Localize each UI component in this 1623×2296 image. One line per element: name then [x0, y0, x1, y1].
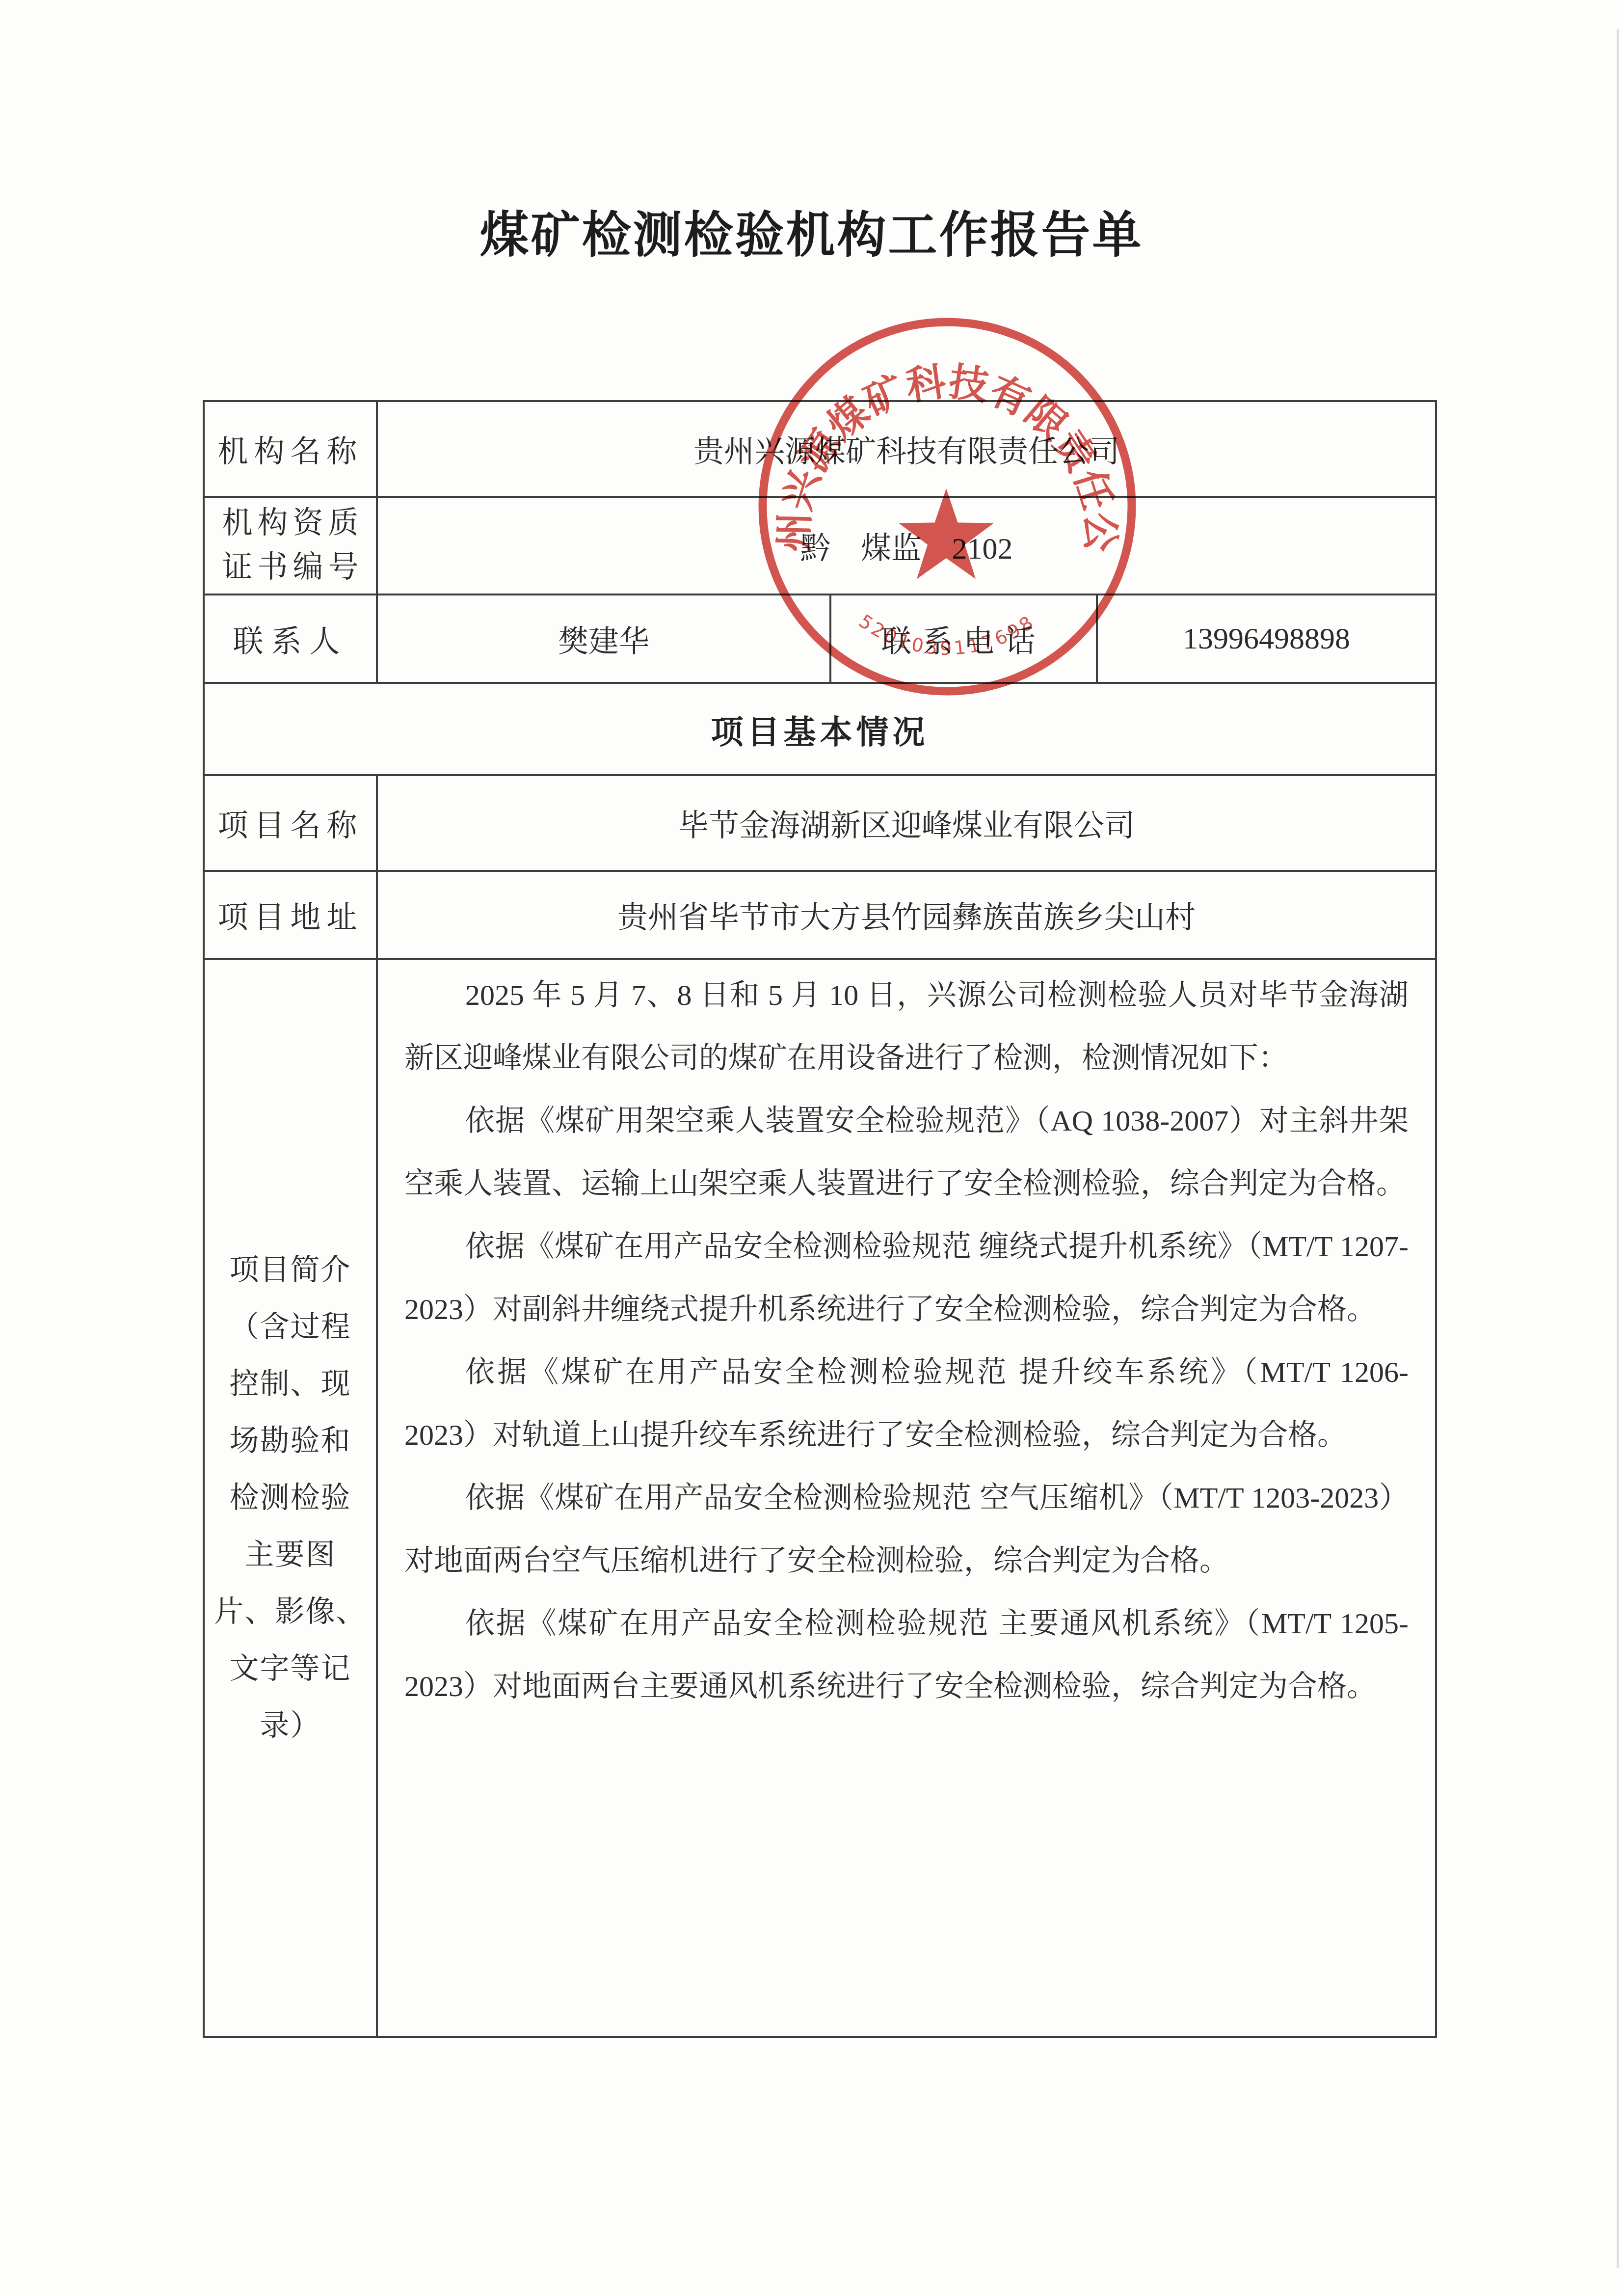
org-name-value-cell: 贵州兴源煤矿科技有限责任公司: [377, 401, 1436, 497]
project-name-label: 项目名称: [217, 810, 363, 843]
contact-label-cell: 联系人: [204, 594, 377, 683]
project-name-label-cell: 项目名称: [204, 775, 377, 871]
table-row-project-name: 项目名称 毕节金海湖新区迎峰煤业有限公司: [204, 775, 1436, 871]
intro-label: 项目简介 （含过程 控制、现 场勘验和 检测检验 主要图 片、影像、 文字等记 …: [205, 1242, 376, 1754]
table-row-section-header: 项目基本情况: [204, 683, 1436, 775]
phone-label-cell: 联系电话: [830, 594, 1097, 683]
table-row-project-intro: 项目简介 （含过程 控制、现 场勘验和 检测检验 主要图 片、影像、 文字等记 …: [204, 959, 1436, 2037]
intro-paragraph: 依据《煤矿在用产品安全检测检验规范 空气压缩机》（MT/T 1203-2023）…: [404, 1466, 1409, 1592]
intro-paragraph: 依据《煤矿在用产品安全检测检验规范 主要通风机系统》（MT/T 1205-202…: [404, 1592, 1409, 1718]
page-title: 煤矿检测检验机构工作报告单: [0, 195, 1623, 266]
contact-label: 联系人: [233, 625, 347, 659]
cert-value: 黔 煤监 2102: [800, 532, 1012, 566]
phone-value-cell: 13996498898: [1097, 594, 1436, 683]
project-addr-label-cell: 项目地址: [204, 871, 377, 959]
scanner-edge-artifact: [1617, 29, 1619, 2268]
project-name-value-cell: 毕节金海湖新区迎峰煤业有限公司: [377, 775, 1436, 871]
intro-paragraph: 依据《煤矿在用产品安全检测检验规范 缠绕式提升机系统》（MT/T 1207-20…: [404, 1215, 1409, 1341]
project-addr-label: 项目地址: [217, 901, 363, 935]
project-addr-value-cell: 贵州省毕节市大方县竹园彝族苗族乡尖山村: [377, 871, 1436, 959]
section-header-cell: 项目基本情况: [204, 683, 1436, 775]
section-header: 项目基本情况: [711, 715, 929, 751]
intro-text: 2025 年 5 月 7、8 日和 5 月 10 日，兴源公司检测检验人员对毕节…: [378, 960, 1435, 2036]
table-row-org-name: 机构名称 贵州兴源煤矿科技有限责任公司: [204, 401, 1436, 497]
table-row-project-address: 项目地址 贵州省毕节市大方县竹园彝族苗族乡尖山村: [204, 871, 1436, 959]
org-name-label: 机构名称: [217, 435, 363, 469]
project-name-value: 毕节金海湖新区迎峰煤业有限公司: [678, 810, 1135, 843]
cert-value-cell: 黔 煤监 2102: [377, 497, 1436, 594]
intro-paragraph: 依据《煤矿在用产品安全检测检验规范 提升绞车系统》（MT/T 1206-2023…: [404, 1341, 1409, 1466]
org-name-value: 贵州兴源煤矿科技有限责任公司: [693, 435, 1119, 469]
intro-paragraph: 2025 年 5 月 7、8 日和 5 月 10 日，兴源公司检测检验人员对毕节…: [404, 964, 1409, 1089]
table-row-contact: 联系人 樊建华 联系电话 13996498898: [204, 594, 1436, 683]
intro-label-cell: 项目简介 （含过程 控制、现 场勘验和 检测检验 主要图 片、影像、 文字等记 …: [204, 959, 377, 2037]
project-addr-value: 贵州省毕节市大方县竹园彝族苗族乡尖山村: [617, 901, 1196, 935]
cert-label: 机构资质 证书编号: [205, 502, 376, 590]
report-form-table: 机构名称 贵州兴源煤矿科技有限责任公司 机构资质 证书编号 黔 煤监 2102 …: [203, 400, 1437, 2038]
phone-value: 13996498898: [1183, 622, 1350, 655]
contact-value: 樊建华: [558, 625, 649, 659]
cert-label-cell: 机构资质 证书编号: [204, 497, 377, 594]
contact-value-cell: 樊建华: [377, 594, 830, 683]
phone-label: 联系电话: [881, 625, 1046, 659]
intro-paragraph: 依据《煤矿用架空乘人装置安全检验规范》（AQ 1038-2007）对主斜井架空乘…: [404, 1089, 1409, 1215]
org-name-label-cell: 机构名称: [204, 401, 377, 497]
scanned-report-page: 煤矿检测检验机构工作报告单 机构名称 贵州兴源煤矿科技有限责任公司 机构资质 证…: [0, 0, 1623, 2296]
intro-text-cell: 2025 年 5 月 7、8 日和 5 月 10 日，兴源公司检测检验人员对毕节…: [377, 959, 1436, 2037]
table-row-cert-no: 机构资质 证书编号 黔 煤监 2102: [204, 497, 1436, 594]
